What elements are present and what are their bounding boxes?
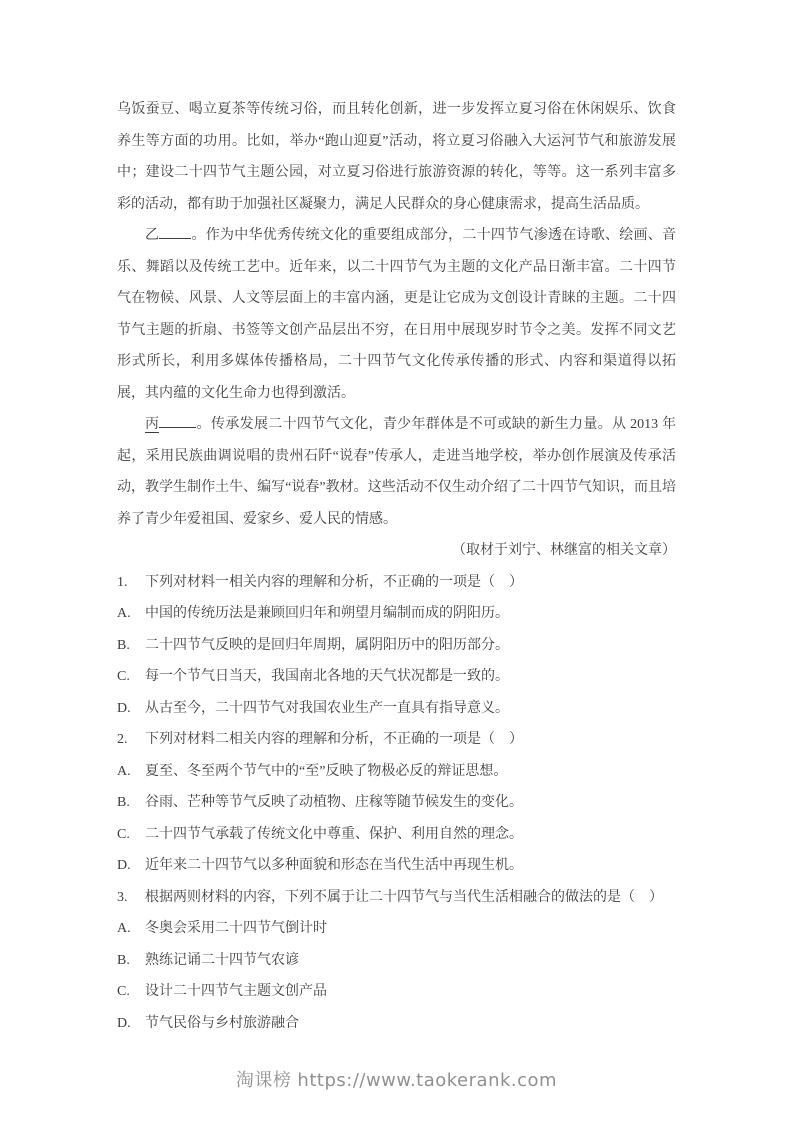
option-label: D.: [117, 1008, 145, 1040]
question-2-text: 下列对材料二相关内容的理解和分析，不正确的一项是（ ）: [145, 724, 676, 756]
paragraph-material-continuation: 乌饭蚕豆、喝立夏茶等传统习俗，而且转化创新，进一步发挥立夏习俗在休闲娱乐、饮食养…: [117, 94, 676, 220]
source-attribution: （取材于刘宁、林继富的相关文章）: [117, 535, 676, 567]
option-label: C.: [117, 661, 145, 693]
exam-page: { "page": { "background_color": "#ffffff…: [0, 0, 793, 1122]
option-label: A.: [117, 913, 145, 945]
option-text: 设计二十四节气主题文创产品: [145, 976, 676, 1008]
question-3-number: 3.: [117, 882, 145, 914]
option-text: 中国的传统历法是兼顾回归年和朔望月编制而成的阴阳历。: [145, 598, 676, 630]
question-2-option-c: C. 二十四节气承载了传统文化中尊重、保护、利用自然的理念。: [117, 819, 676, 851]
option-label: B.: [117, 630, 145, 662]
option-text: 熟练记诵二十四节气农谚: [145, 945, 676, 977]
option-text: 冬奥会采用二十四节气倒计时: [145, 913, 676, 945]
blank-label-bing: 丙: [145, 417, 159, 433]
option-text: 近年来二十四节气以多种面貌和形态在当代生活中再现生机。: [145, 850, 676, 882]
question-1-text: 下列对材料一相关内容的理解和分析，不正确的一项是（ ）: [145, 567, 676, 599]
question-1-option-d: D. 从古至今，二十四节气对我国农业生产一直具有指导意义。: [117, 693, 676, 725]
option-label: B.: [117, 945, 145, 977]
option-label: A.: [117, 598, 145, 630]
option-text: 夏至、冬至两个节气中的“至”反映了物极必反的辩证思想。: [145, 756, 676, 788]
question-3-option-a: A. 冬奥会采用二十四节气倒计时: [117, 913, 676, 945]
blank-underline-yi: [159, 226, 191, 239]
option-label: D.: [117, 693, 145, 725]
question-2-number: 2.: [117, 724, 145, 756]
paragraph-bing-text: 。传承发展二十四节气文化，青少年群体是不可或缺的新生力量。从 2013 年起，采…: [117, 417, 676, 527]
question-3-text: 根据两则材料的内容，下列不属于让二十四节气与当代生活相融合的做法的是（ ）: [145, 882, 676, 914]
option-text: 二十四节气承载了传统文化中尊重、保护、利用自然的理念。: [145, 819, 676, 851]
paragraph-bing: 丙。传承发展二十四节气文化，青少年群体是不可或缺的新生力量。从 2013 年起，…: [117, 409, 676, 535]
option-label: B.: [117, 787, 145, 819]
paragraph-yi-text: 。作为中华优秀传统文化的重要组成部分，二十四节气渗透在诗歌、绘画、音乐、舞蹈以及…: [117, 228, 676, 401]
watermark-url: https://www.taokerank.com: [297, 1070, 557, 1091]
watermark-footer: 淘课榜https://www.taokerank.com: [0, 1066, 793, 1092]
option-text: 二十四节气反映的是回归年周期，属阴阳历中的阳历部分。: [145, 630, 676, 662]
blank-underline-bing: [159, 415, 196, 428]
question-2-option-b: B. 谷雨、芒种等节气反映了动植物、庄稼等随节候发生的变化。: [117, 787, 676, 819]
question-1-option-b: B. 二十四节气反映的是回归年周期，属阴阳历中的阳历部分。: [117, 630, 676, 662]
watermark-site-name: 淘课榜: [236, 1070, 292, 1091]
paragraph-yi: 乙。作为中华优秀传统文化的重要组成部分，二十四节气渗透在诗歌、绘画、音乐、舞蹈以…: [117, 220, 676, 409]
question-1-stem: 1. 下列对材料一相关内容的理解和分析，不正确的一项是（ ）: [117, 567, 676, 599]
question-1-option-a: A. 中国的传统历法是兼顾回归年和朔望月编制而成的阴阳历。: [117, 598, 676, 630]
question-2-option-d: D. 近年来二十四节气以多种面貌和形态在当代生活中再现生机。: [117, 850, 676, 882]
question-3-option-b: B. 熟练记诵二十四节气农谚: [117, 945, 676, 977]
option-text: 节气民俗与乡村旅游融合: [145, 1008, 676, 1040]
option-label: A.: [117, 756, 145, 788]
question-3-option-c: C. 设计二十四节气主题文创产品: [117, 976, 676, 1008]
option-label: C.: [117, 976, 145, 1008]
question-3-option-d: D. 节气民俗与乡村旅游融合: [117, 1008, 676, 1040]
question-1-number: 1.: [117, 567, 145, 599]
option-text: 从古至今，二十四节气对我国农业生产一直具有指导意义。: [145, 693, 676, 725]
option-label: C.: [117, 819, 145, 851]
option-label: D.: [117, 850, 145, 882]
blank-label-yi: 乙: [145, 228, 159, 243]
document-body: 乌饭蚕豆、喝立夏茶等传统习俗，而且转化创新，进一步发挥立夏习俗在休闲娱乐、饮食养…: [0, 0, 793, 1039]
question-1-option-c: C. 每一个节气日当天，我国南北各地的天气状况都是一致的。: [117, 661, 676, 693]
paragraph-text: 乌饭蚕豆、喝立夏茶等传统习俗，而且转化创新，进一步发挥立夏习俗在休闲娱乐、饮食养…: [117, 102, 676, 212]
option-text: 谷雨、芒种等节气反映了动植物、庄稼等随节候发生的变化。: [145, 787, 676, 819]
question-2-option-a: A. 夏至、冬至两个节气中的“至”反映了物极必反的辩证思想。: [117, 756, 676, 788]
question-2-stem: 2. 下列对材料二相关内容的理解和分析，不正确的一项是（ ）: [117, 724, 676, 756]
option-text: 每一个节气日当天，我国南北各地的天气状况都是一致的。: [145, 661, 676, 693]
question-3-stem: 3. 根据两则材料的内容，下列不属于让二十四节气与当代生活相融合的做法的是（ ）: [117, 882, 676, 914]
